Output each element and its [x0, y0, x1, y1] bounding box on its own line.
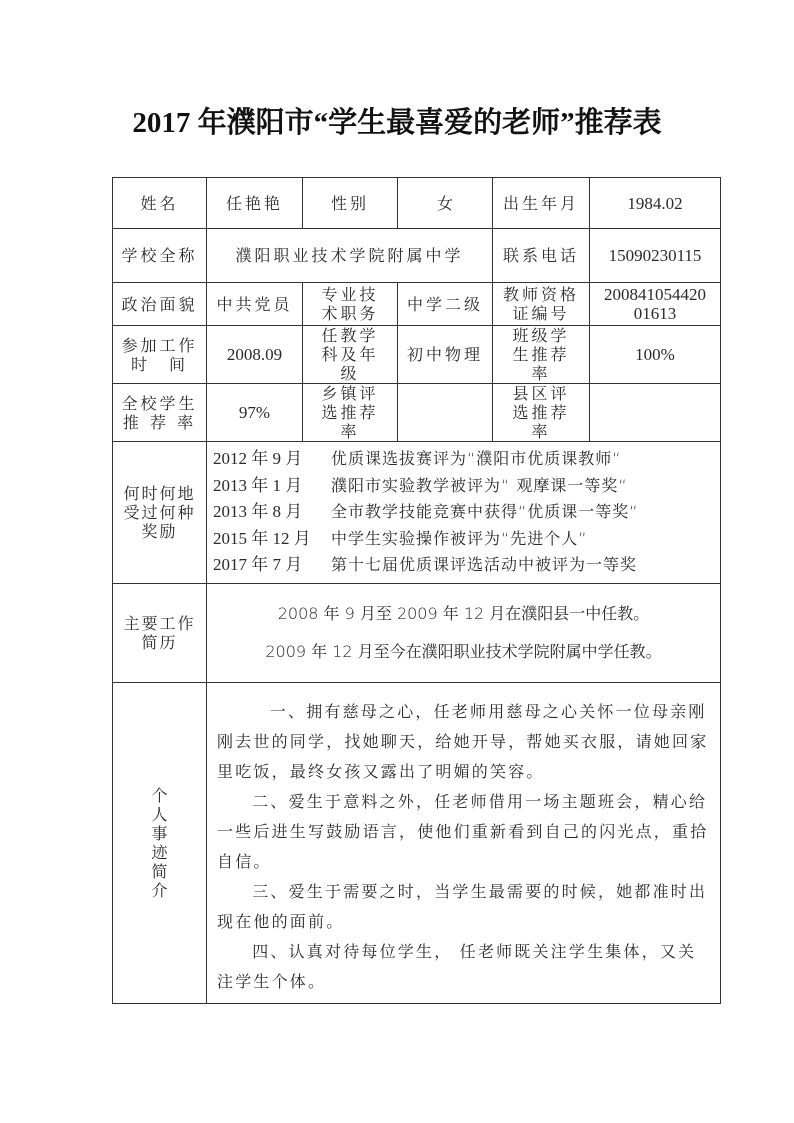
deeds-label: 个 人 事 迹 简 介 — [113, 682, 207, 1003]
row-basic-info: 姓名 任艳艳 性别 女 出生年月 1984.02 — [113, 178, 721, 229]
school-label: 学校全称 — [113, 229, 207, 283]
county-rate-label-text: 县区评选推荐率 — [512, 384, 569, 441]
award-date: 2013 年 8 月 — [213, 499, 331, 526]
deeds-label-char: 介 — [115, 881, 204, 900]
row-work: 参加工作时 间 2008.09 任教学科及年级 初中物理 班级学生推荐率 100… — [113, 326, 721, 384]
school-rate-value: 97% — [207, 384, 303, 442]
row-deeds: 个 人 事 迹 简 介 一、拥有慈母之心，任老师用慈母之心关怀一位母亲刚刚去世的… — [113, 682, 721, 1003]
row-school: 学校全称 濮阳职业技术学院附属中学 联系电话 15090230115 — [113, 229, 721, 283]
deeds-label-char: 简 — [115, 862, 204, 881]
cert-value-text: 200841054420 01613 — [604, 285, 706, 323]
deeds-label-char: 人 — [115, 805, 204, 824]
school-rate-label: 全校学生推 荐 率 — [113, 384, 207, 442]
award-item: 2015 年 12 月中学生实验操作被评为“先进个人” — [213, 526, 714, 553]
award-date: 2017 年 7 月 — [213, 552, 331, 579]
row-political: 政治面貌 中共党员 专业技术职务 中学二级 教师资格证编号 2008410544… — [113, 283, 721, 326]
award-date: 2015 年 12 月 — [213, 526, 331, 553]
resume-content: 2008 年 9 月至 2009 年 12 月在濮阳县一中任教。 2009 年 … — [207, 583, 721, 682]
name-value: 任艳艳 — [207, 178, 303, 229]
phone-label: 联系电话 — [493, 229, 590, 283]
cert-label: 教师资格证编号 — [493, 283, 590, 326]
awards-label-line: 奖励 — [115, 522, 204, 541]
deeds-paragraph: 四、认真对待每位学生， 任老师既关注学生集体，又关注学生个体。 — [217, 937, 712, 997]
town-rate-label: 乡镇评选推荐率 — [303, 384, 398, 442]
awards-label: 何时何地 受过何种 奖励 — [113, 442, 207, 584]
birth-value: 1984.02 — [590, 178, 721, 229]
row-resume: 主要工作 简历 2008 年 9 月至 2009 年 12 月在濮阳县一中任教。… — [113, 583, 721, 682]
awards-list: 2012 年 9 月优质课选拔赛评为“濮阳市优质课教师“ 2013 年 1 月濮… — [207, 442, 721, 584]
work-start-label-text: 参加工作时 间 — [121, 336, 197, 374]
recommendation-form-table: 姓名 任艳艳 性别 女 出生年月 1984.02 学校全称 濮阳职业技术学院附属… — [112, 177, 721, 1004]
town-rate-value — [398, 384, 493, 442]
deeds-label-char: 事 — [115, 824, 204, 843]
school-value: 濮阳职业技术学院附属中学 — [207, 229, 493, 283]
cert-label-text: 教师资格证编号 — [503, 285, 579, 323]
class-rate-label-text: 班级学生推荐率 — [512, 326, 569, 383]
resume-label-line: 主要工作 — [115, 614, 204, 633]
subject-label: 任教学科及年级 — [303, 326, 398, 384]
award-text: 全市教学技能竞赛中获得“优质课一等奖“ — [331, 502, 639, 521]
award-item: 2017 年 7 月第十七届优质课评选活动中被评为一等奖 — [213, 552, 714, 579]
award-date: 2012 年 9 月 — [213, 446, 331, 473]
award-text: 濮阳市实验教学被评为“ 观摩课一等奖“ — [331, 476, 628, 495]
political-value: 中共党员 — [207, 283, 303, 326]
award-text: 优质课选拔赛评为“濮阳市优质课教师“ — [331, 449, 622, 468]
deeds-label-char: 迹 — [115, 843, 204, 862]
award-date: 2013 年 1 月 — [213, 473, 331, 500]
title-label-text: 专业技术职务 — [321, 285, 378, 323]
class-rate-value: 100% — [590, 326, 721, 384]
row-rates: 全校学生推 荐 率 97% 乡镇评选推荐率 县区评选推荐率 — [113, 384, 721, 442]
political-label: 政治面貌 — [113, 283, 207, 326]
deeds-paragraph: 二、爱生于意料之外，任老师借用一场主题班会，精心给一些后进生写鼓励语言，使他们重… — [217, 787, 712, 877]
document-title: 2017 年濮阳市“学生最喜爱的老师”推荐表 — [0, 100, 794, 141]
gender-value: 女 — [398, 178, 493, 229]
school-rate-label-text: 全校学生推 荐 率 — [121, 394, 197, 432]
birth-label: 出生年月 — [493, 178, 590, 229]
row-awards: 何时何地 受过何种 奖励 2012 年 9 月优质课选拔赛评为“濮阳市优质课教师… — [113, 442, 721, 584]
phone-value: 15090230115 — [590, 229, 721, 283]
resume-label: 主要工作 简历 — [113, 583, 207, 682]
county-rate-value — [590, 384, 721, 442]
award-item: 2013 年 1 月濮阳市实验教学被评为“ 观摩课一等奖“ — [213, 473, 714, 500]
title-value: 中学二级 — [398, 283, 493, 326]
resume-label-line: 简历 — [115, 633, 204, 652]
award-text: 第十七届优质课评选活动中被评为一等奖 — [331, 555, 637, 574]
cert-value: 200841054420 01613 — [590, 283, 721, 326]
deeds-label-char: 个 — [115, 786, 204, 805]
deeds-content: 一、拥有慈母之心，任老师用慈母之心关怀一位母亲刚刚去世的同学，找她聊天，给她开导… — [207, 682, 721, 1003]
subject-label-text: 任教学科及年级 — [321, 326, 378, 383]
county-rate-label: 县区评选推荐率 — [493, 384, 590, 442]
award-text: 中学生实验操作被评为“先进个人” — [331, 529, 588, 548]
resume-line: 2008 年 9 月至 2009 年 12 月在濮阳县一中任教。 — [209, 595, 718, 633]
award-item: 2013 年 8 月全市教学技能竞赛中获得“优质课一等奖“ — [213, 499, 714, 526]
deeds-paragraph: 三、爱生于需要之时，当学生最需要的时候，她都准时出现在他的面前。 — [217, 877, 712, 937]
work-start-label: 参加工作时 间 — [113, 326, 207, 384]
title-label: 专业技术职务 — [303, 283, 398, 326]
class-rate-label: 班级学生推荐率 — [493, 326, 590, 384]
award-item: 2012 年 9 月优质课选拔赛评为“濮阳市优质课教师“ — [213, 446, 714, 473]
name-label: 姓名 — [113, 178, 207, 229]
resume-line: 2009 年 12 月至今在濮阳职业技术学院附属中学任教。 — [209, 633, 718, 671]
work-start-value: 2008.09 — [207, 326, 303, 384]
town-rate-label-text: 乡镇评选推荐率 — [321, 384, 378, 441]
deeds-paragraph: 一、拥有慈母之心，任老师用慈母之心关怀一位母亲刚刚去世的同学，找她聊天，给她开导… — [217, 697, 712, 787]
subject-value: 初中物理 — [398, 326, 493, 384]
awards-label-line: 受过何种 — [115, 503, 204, 522]
awards-label-line: 何时何地 — [115, 484, 204, 503]
gender-label: 性别 — [303, 178, 398, 229]
